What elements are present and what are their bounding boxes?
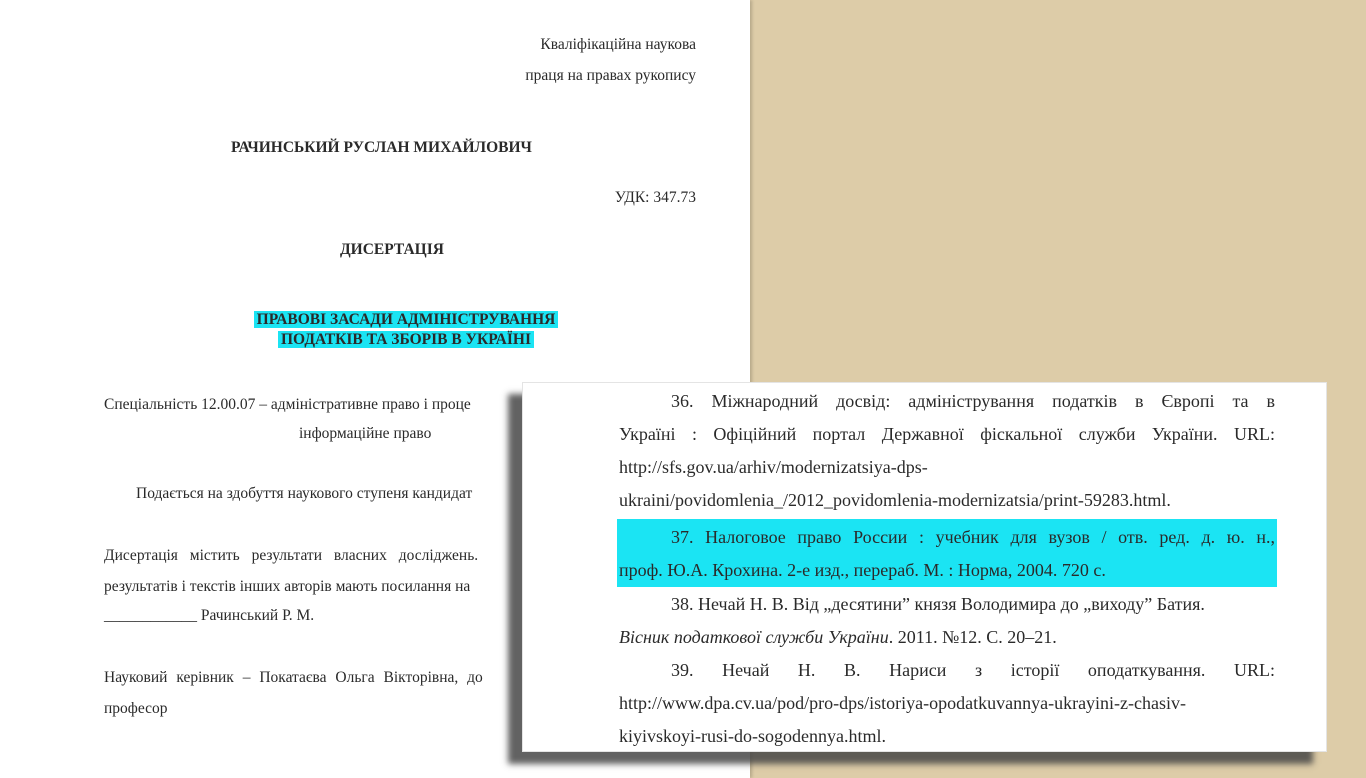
reference-url-line: ukraini/povidomlenia_/2012_povidomlenia-… [619, 484, 1275, 517]
references-excerpt-card: 36. Міжнародний досвід: адміністрування … [522, 382, 1327, 752]
signature-line: ____________ Рачинський Р. М. [104, 606, 314, 626]
reference-line: 39. Нечай Н. В. Нариси з історії оподатк… [619, 654, 1275, 687]
reference-line: 38. Нечай Н. В. Від „десятини” князя Вол… [619, 588, 1275, 621]
journal-title: Вісник податкової служби України [619, 627, 889, 647]
originality-statement-line-1: Дисертація містить результати власних до… [104, 546, 534, 566]
reference-number: 36. [671, 391, 694, 411]
reference-number: 39. [671, 660, 694, 680]
reference-line: проф. Ю.А. Крохина. 2-е изд., перераб. М… [619, 554, 1275, 587]
document-type: ДИСЕРТАЦІЯ [340, 240, 444, 260]
reference-item-36: 36. Міжнародний досвід: адміністрування … [619, 385, 1275, 517]
supervisor-line-1: Науковий керівник – Покатаєва Ольга Вікт… [104, 668, 483, 688]
author-name: РАЧИНСЬКИЙ РУСЛАН МИХАЙЛОВИЧ [231, 138, 532, 158]
signature-blank: ____________ [104, 607, 197, 624]
reference-url-line: http://sfs.gov.ua/arhiv/modernizatsiya-d… [619, 451, 1275, 484]
reference-item-39: 39. Нечай Н. В. Нариси з історії оподатк… [619, 654, 1275, 753]
reference-number: 37. [671, 527, 694, 547]
specialty-line-1: Спеціальність 12.00.07 – адміністративне… [104, 395, 471, 415]
specialty-line-2: інформаційне право [299, 424, 431, 444]
dissertation-title: ПРАВОВІ ЗАСАДИ АДМІНІСТРУВАННЯ ПОДАТКІВ … [226, 310, 586, 350]
supervisor-line-2: професор [104, 699, 167, 719]
originality-statement-line-2: результатів і текстів інших авторів мают… [104, 577, 470, 597]
signature-name: Рачинський Р. М. [201, 607, 314, 624]
reference-url-line: kiyivskoyi-rusi-do-sogodennya.html. [619, 720, 1275, 753]
reference-url-line: http://www.dpa.cv.ua/pod/pro-dps/istoriy… [619, 687, 1275, 720]
reference-line: Україні : Офіційний портал Державної фіс… [619, 418, 1275, 451]
header-line-2: праця на правах рукопису [400, 66, 696, 86]
title-line-1: ПРАВОВІ ЗАСАДИ АДМІНІСТРУВАННЯ [254, 311, 559, 328]
reference-number: 38. [671, 594, 694, 614]
header-line-1: Кваліфікаційна наукова [400, 35, 696, 55]
reference-item-37: 37. Налоговое право России : учебник для… [619, 521, 1275, 587]
reference-item-38: 38. Нечай Н. В. Від „десятини” князя Вол… [619, 588, 1275, 654]
reference-line: 36. Міжнародний досвід: адміністрування … [619, 385, 1275, 418]
submission-statement: Подається на здобуття наукового ступеня … [136, 484, 472, 504]
udc-code: УДК: 347.73 [500, 188, 696, 208]
reference-line: 37. Налоговое право России : учебник для… [619, 521, 1275, 554]
document-viewer: Кваліфікаційна наукова праця на правах р… [0, 0, 1366, 778]
title-line-2: ПОДАТКІВ ТА ЗБОРІВ В УКРАЇНІ [278, 331, 534, 348]
reference-line: Вісник податкової служби України. 2011. … [619, 621, 1275, 654]
